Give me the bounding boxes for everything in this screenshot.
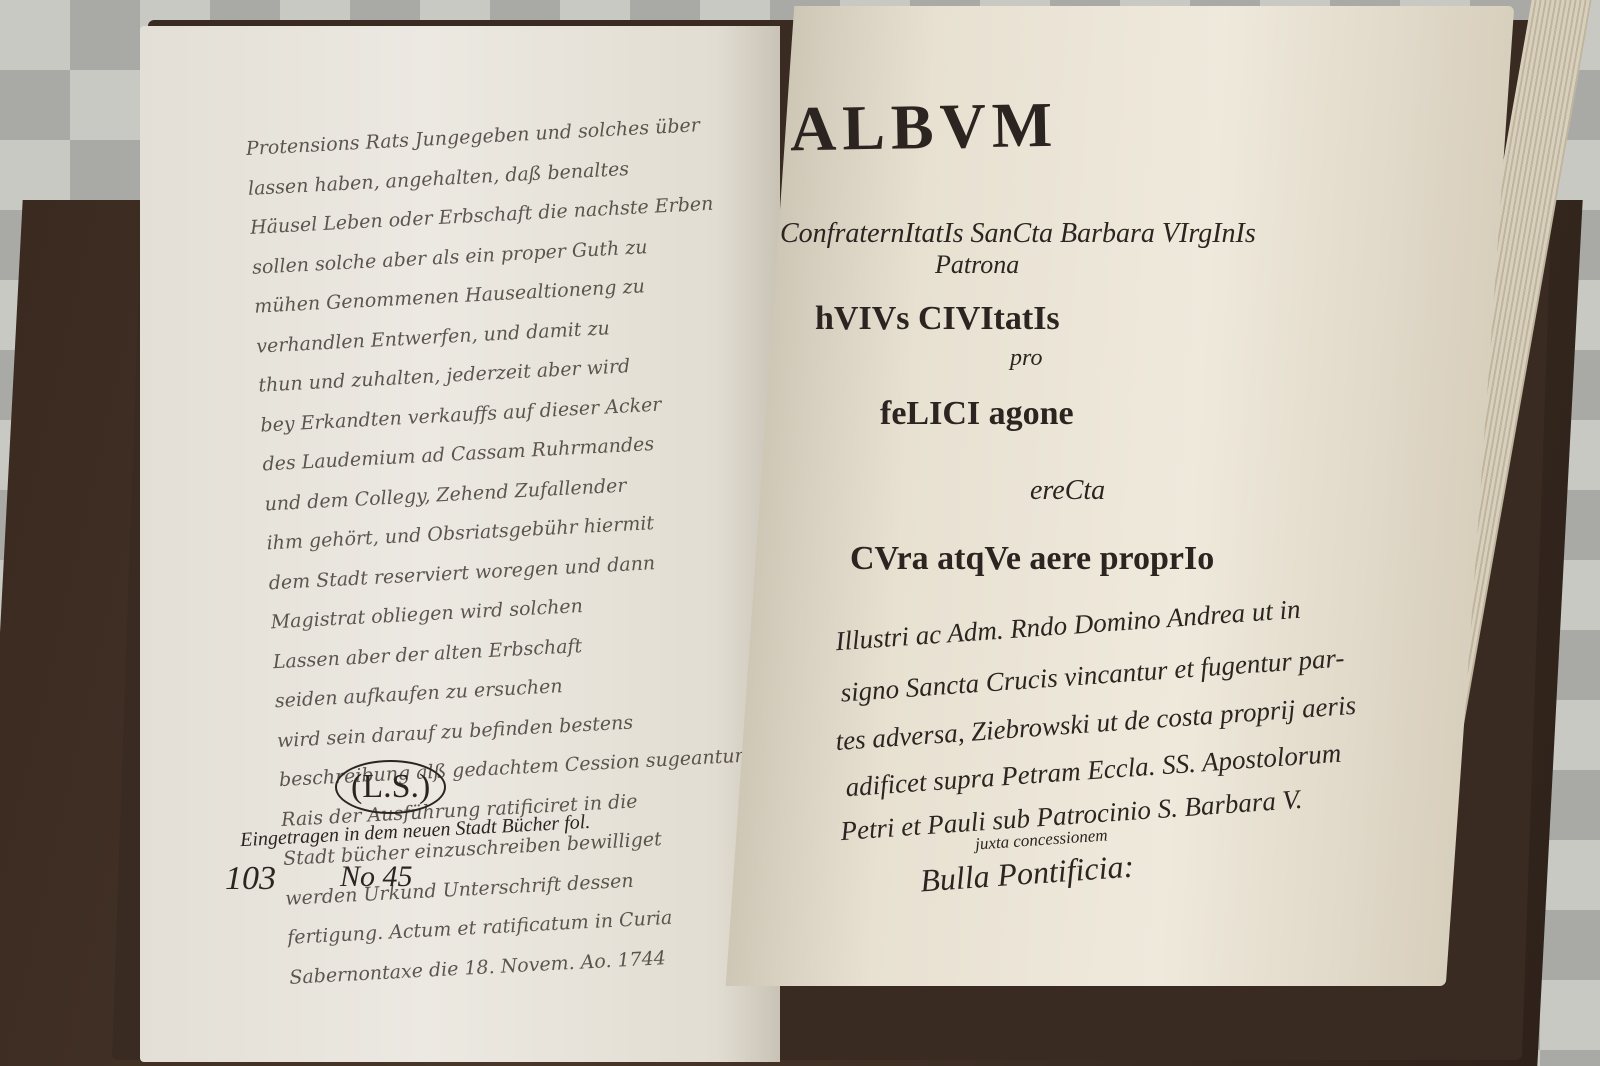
right-line: Patrona	[935, 250, 1019, 280]
album-title: ALBVM	[789, 88, 1058, 167]
right-line: CVra atqVe aere proprIo	[850, 540, 1214, 578]
entry-number: No 45	[340, 860, 413, 894]
folio-number: 103	[225, 860, 276, 898]
right-line: ereCta	[1030, 475, 1105, 507]
seal-mark: (L.S.)	[335, 760, 446, 814]
right-line: ConfraternItatIs SanCta Barbara VIrgInIs	[780, 218, 1256, 250]
album-title-text: ALBVM	[789, 89, 1058, 165]
right-line: hVIVs CIVItatIs	[815, 300, 1060, 338]
right-line: pro	[1010, 345, 1042, 372]
right-line: feLICI agone	[880, 395, 1074, 433]
